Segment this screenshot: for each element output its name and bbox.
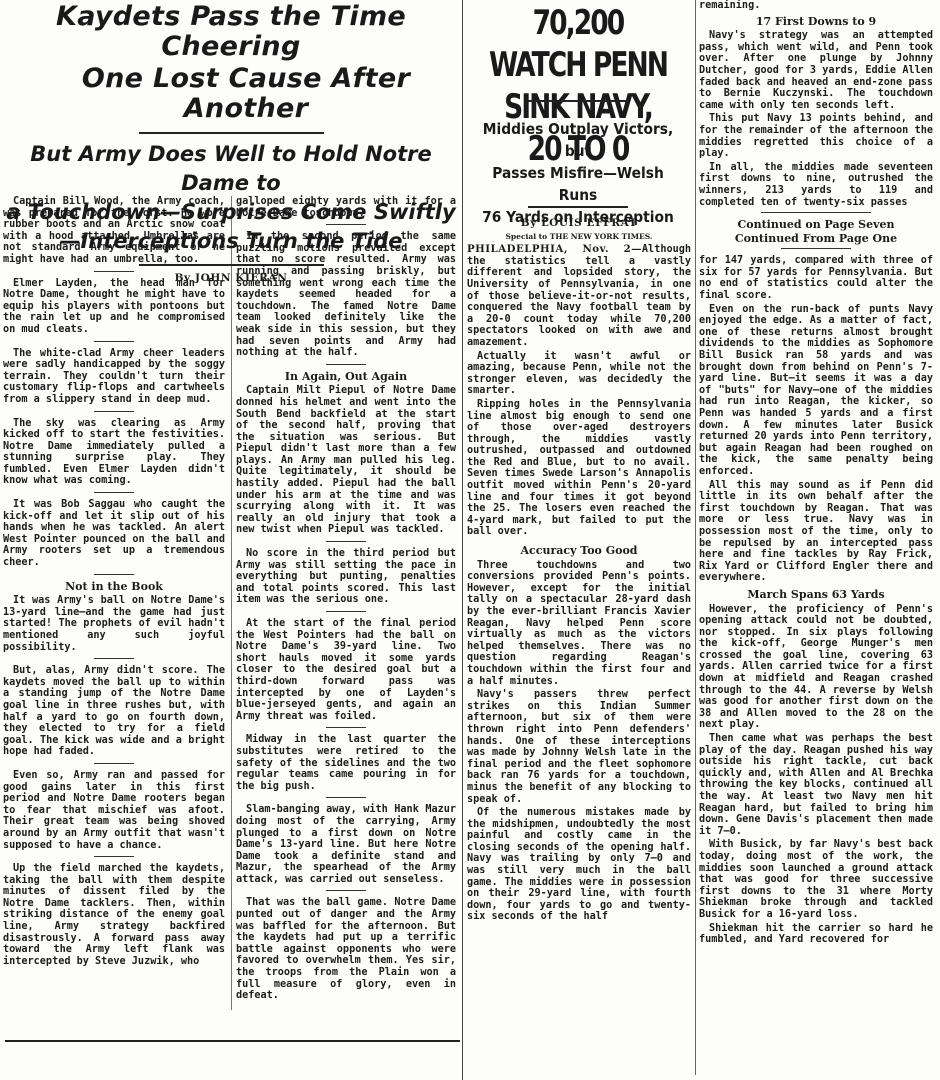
headline-divider <box>139 132 324 134</box>
deck-divider <box>528 206 628 208</box>
subhead-march: March Spans 63 Yards <box>699 589 933 601</box>
headline-line-2: One Lost Cause After Another <box>0 64 462 124</box>
paragraph: Slam-banging away, with Hank Mazur doing… <box>236 804 456 885</box>
paragraph: remaining. <box>699 0 933 12</box>
jump-divider <box>781 248 851 249</box>
paragraph: Navy's passers threw perfect strikes on … <box>467 689 691 805</box>
paragraph: Captain Milt Piepul of Notre Dame donned… <box>236 385 456 536</box>
separator <box>94 411 134 412</box>
paragraph: At the start of the final period the Wes… <box>236 618 456 722</box>
headline-line-1: Kaydets Pass the Time Cheering <box>0 2 462 62</box>
paragraph: However, the proficiency of Penn's openi… <box>699 604 933 732</box>
separator <box>326 364 366 365</box>
headline-divider <box>528 100 628 102</box>
paragraph: This put Navy 13 points behind, and for … <box>699 113 933 159</box>
separator <box>94 856 134 857</box>
penn-navy-deck: Middies Outplay Victors, but Passes Misf… <box>472 118 684 228</box>
paragraph: for 147 yards, compared with three of si… <box>699 255 933 301</box>
separator <box>326 797 366 798</box>
continued-from-label: Continued From Page One <box>699 233 933 245</box>
deck-line-1: Middies Outplay Victors, but <box>472 118 684 162</box>
paragraph: Even on the run-back of punts Navy enjoy… <box>699 304 933 478</box>
paragraph: Actually it wasn't awful or amazing, bec… <box>467 351 691 397</box>
paragraph: Shiekman hit the carrier so hard he fumb… <box>699 923 933 946</box>
byline: By LOUIS EFFRAT <box>467 218 691 230</box>
paragraph: Of the numerous mistakes made by the mid… <box>467 807 691 923</box>
paragraph: It was Army's ball on Notre Dame's 13-ya… <box>3 595 225 653</box>
paragraph: The sky was clearing as Army kicked off … <box>3 418 225 488</box>
paragraph: The white-clad Army cheer leaders were s… <box>3 348 225 406</box>
paragraph: galloped eighty yards with it for a Notr… <box>236 196 456 219</box>
newspaper-page: Kaydets Pass the Time Cheering One Lost … <box>0 0 940 1080</box>
headline-line-1: 70,200 WATCH PENN <box>488 2 667 86</box>
paragraph: In the second period the same puzzling m… <box>236 231 456 359</box>
dateline-paragraph: PHILADELPHIA, Nov. 2—Although the statis… <box>467 244 691 348</box>
subhead-first-downs: 17 First Downs to 9 <box>699 16 933 28</box>
kieran-column-1: Captain Bill Wood, the Army coach, was p… <box>0 196 229 1002</box>
separator <box>94 492 134 493</box>
column-rule-center <box>462 0 463 1080</box>
separator <box>326 224 366 225</box>
paragraph: Although the statistics tell a vastly di… <box>467 244 691 348</box>
paragraph: No score in the third period but Army wa… <box>236 548 456 606</box>
paragraph: That was the ball game. Notre Dame punte… <box>236 897 456 1001</box>
subhead-in-again: In Again, Out Again <box>236 371 456 383</box>
paragraph: In all, the middies made seventeen first… <box>699 162 933 208</box>
paragraph: But, alas, Army didn't score. The kaydet… <box>3 665 225 758</box>
paragraph: Ripping holes in the Pennsylvania line a… <box>467 399 691 538</box>
kieran-end-rule <box>5 1040 460 1042</box>
kieran-body: Captain Bill Wood, the Army coach, was p… <box>0 196 462 1002</box>
paragraph: With Busick, by far Navy's best back tod… <box>699 839 933 920</box>
separator <box>94 763 134 764</box>
paragraph: Elmer Layden, the head man for Notre Dam… <box>3 278 225 336</box>
separator <box>94 341 134 342</box>
deck-line-2: Passes Misfire—Welsh Runs <box>472 162 684 206</box>
separator <box>326 727 366 728</box>
dateline: PHILADELPHIA, Nov. 2— <box>467 243 642 255</box>
paragraph: Up the field marched the kaydets, taking… <box>3 863 225 967</box>
paragraph: Navy's strategy was an attempted pass, w… <box>699 30 933 111</box>
paragraph: Even so, Army ran and passed for good ga… <box>3 770 225 851</box>
paragraph: Midway in the last quarter the substitut… <box>236 734 456 792</box>
subheadline-line-1: But Army Does Well to Hold Notre Dame to <box>0 140 462 198</box>
continued-on-label: Continued on Page Seven <box>699 219 933 231</box>
column-rule-right <box>695 0 696 1075</box>
separator <box>326 541 366 542</box>
separator <box>326 890 366 891</box>
kieran-column-2: galloped eighty yards with it for a Notr… <box>229 196 460 1002</box>
paragraph: Captain Bill Wood, the Army coach, was p… <box>3 196 225 266</box>
paragraph: It was Bob Saggau who caught the kick-of… <box>3 499 225 569</box>
effrat-column-2: remaining. 17 First Downs to 9 Navy's st… <box>699 0 933 946</box>
separator <box>326 611 366 612</box>
effrat-column-1: By LOUIS EFFRAT Special to THE NEW YORK … <box>467 218 691 923</box>
jump-divider <box>761 212 871 213</box>
separator <box>94 574 134 575</box>
separator <box>94 658 134 659</box>
subhead-accuracy: Accuracy Too Good <box>467 545 691 557</box>
subhead-not-in-book: Not in the Book <box>3 581 225 593</box>
paragraph: Then came what was perhaps the best play… <box>699 733 933 837</box>
paragraph: All this may sound as if Penn did little… <box>699 480 933 584</box>
special-credit: Special to THE NEW YORK TIMES. <box>467 231 691 243</box>
paragraph: Three touchdowns and two conversions pro… <box>467 560 691 688</box>
separator <box>94 271 134 272</box>
